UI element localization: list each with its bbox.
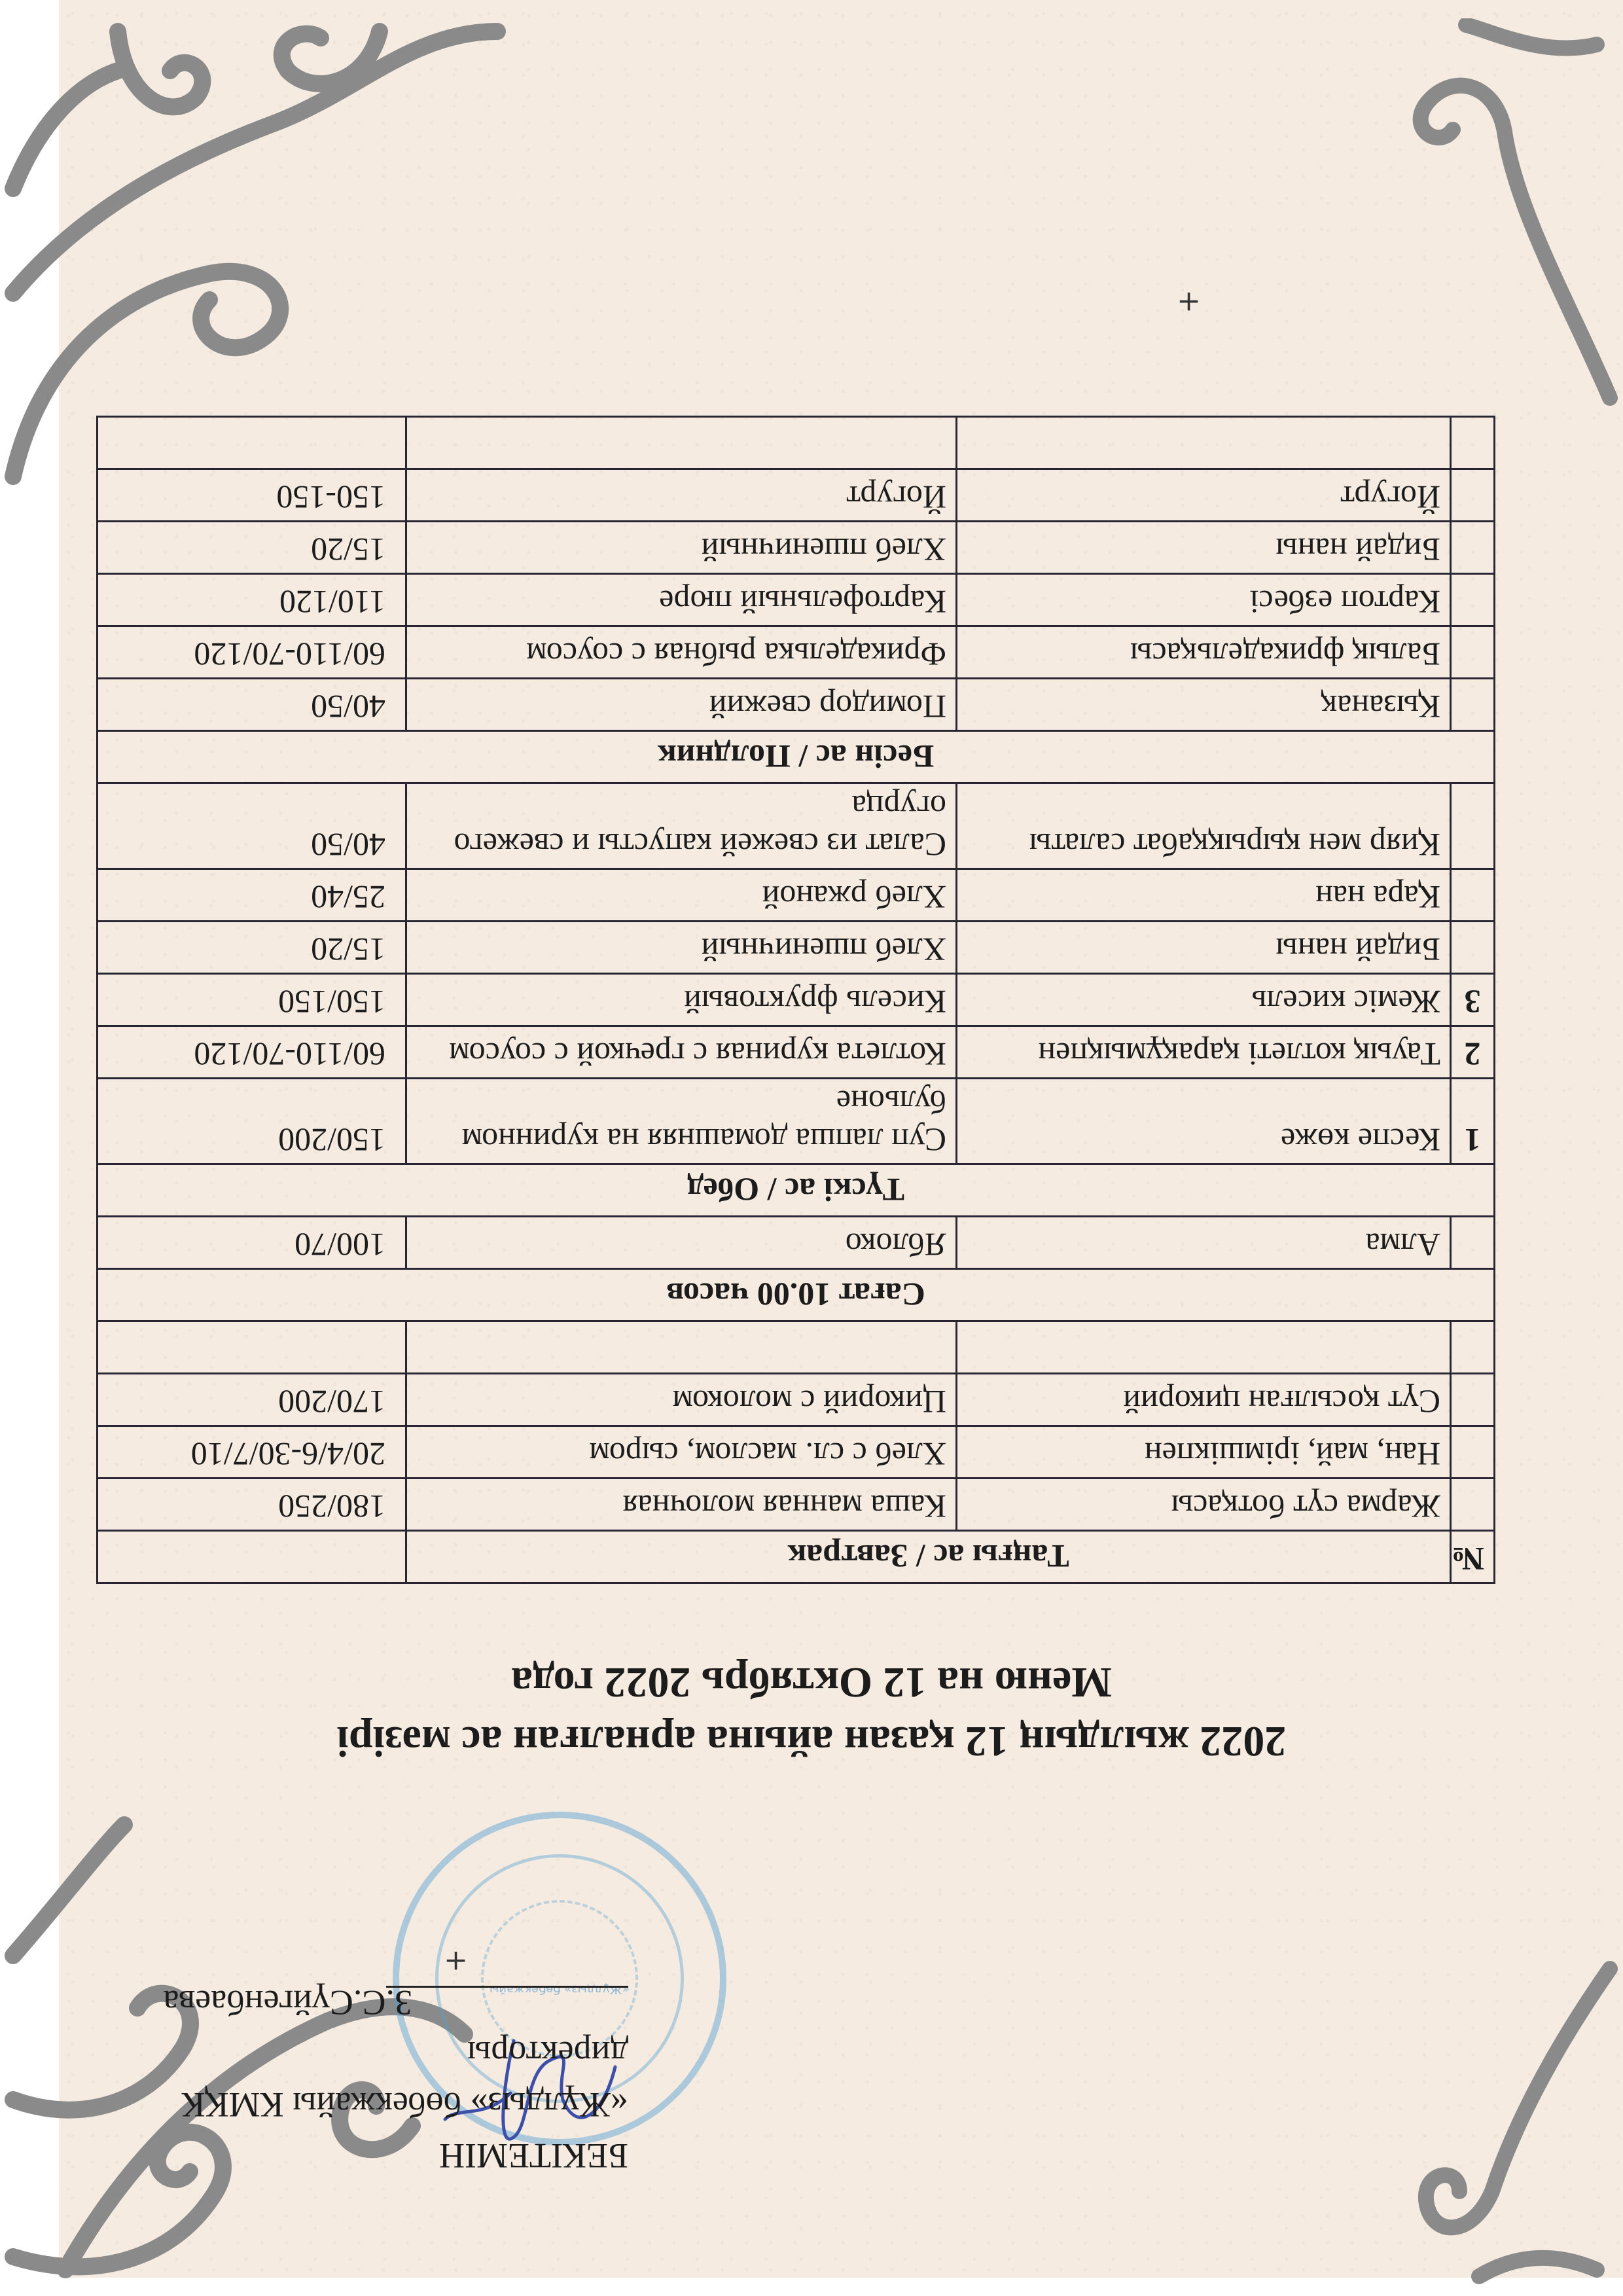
item-number (1451, 1217, 1495, 1269)
number-column-header: № (1451, 1531, 1495, 1583)
item-portion: 180/250 (98, 1479, 406, 1531)
item-number (1451, 574, 1495, 626)
item-name-kz: Кеспе көже (957, 1079, 1451, 1164)
item-name-kz: Картоп езбесі (957, 574, 1451, 626)
item-number (1451, 1321, 1495, 1374)
table-row (98, 417, 1495, 469)
item-name-ru: Хлеб ржаной (406, 869, 957, 922)
item-name-kz: Бидай наны (957, 922, 1451, 974)
item-name-kz: Йогурт (957, 469, 1451, 522)
section-title: Бесін ас / Полдник (98, 731, 1495, 783)
approval-signatory: З.С.Сүйгенбаева (164, 1977, 412, 2028)
table-row: 2Тауық котлеті қарақұмықпенКотлета курин… (98, 1026, 1495, 1079)
item-portion: 40/50 (98, 783, 406, 869)
item-number (1451, 626, 1495, 679)
item-portion: 150-150 (98, 469, 406, 522)
item-number (1451, 469, 1495, 522)
item-number (1451, 522, 1495, 574)
item-name-ru: Хлеб с сл. маслом, сыром (406, 1426, 957, 1479)
document-page: + + «Жұлдыз» бөбекжайы БЕКІТЕМІН «Жұлдыз… (0, 0, 1623, 2296)
section-title: Түскі ас / Обед (98, 1164, 1495, 1217)
signature-line (386, 1986, 628, 1988)
menu-table: №Таңғы ас / ЗавтракЖарма сүт ботқасыКаша… (96, 416, 1495, 1584)
item-name-kz: Жеміс кисель (957, 974, 1451, 1026)
item-name-ru: Суп лапша домашняя на куринном бульоне (406, 1079, 957, 1164)
item-name-kz: Алма (957, 1217, 1451, 1269)
item-name-ru (406, 417, 957, 469)
item-name-kz: Сүт қосылған цикорий (957, 1374, 1451, 1426)
item-name-ru: Хлеб пшеничный (406, 922, 957, 974)
item-portion: 150/150 (98, 974, 406, 1026)
item-name-kz: Жарма сүт ботқасы (957, 1479, 1451, 1531)
item-number: 1 (1451, 1079, 1495, 1164)
item-name-ru: Котлета куриная с гречкой с соусом (406, 1026, 957, 1079)
item-portion: 15/20 (98, 522, 406, 574)
table-row: АлмаЯблоко100/70 (98, 1217, 1495, 1269)
approval-organization: «Жұлдыз» бөбекжайы КМҚК (39, 2079, 628, 2130)
item-portion: 100/70 (98, 1217, 406, 1269)
item-name-ru: Цикорий с молоком (406, 1374, 957, 1426)
section-title: Сағат 10.00 часов (98, 1269, 1495, 1321)
table-row: 3Жеміс кисельКисель фруктовый150/150 (98, 974, 1495, 1026)
table-row: Қара нанХлеб ржаной25/40 (98, 869, 1495, 922)
item-name-ru: Салат из свежей капусты и свежего огурца (406, 783, 957, 869)
item-name-ru: Йогурт (406, 469, 957, 522)
item-name-ru: Помидор свежий (406, 679, 957, 731)
item-portion (98, 417, 406, 469)
item-name-kz: Қара нан (957, 869, 1451, 922)
page-title-ru: Меню на 12 Октябрь 2022 года (0, 1657, 1623, 1707)
item-portion: 20/4/6-30/7/10 (98, 1426, 406, 1479)
item-name-kz: Қияр мен қырыққабат салаты (957, 783, 1451, 869)
item-name-ru (406, 1321, 957, 1374)
item-name-ru: Каша манная молочная (406, 1479, 957, 1531)
item-portion: 110/120 (98, 574, 406, 626)
item-name-ru: Хлеб пшеничный (406, 522, 957, 574)
item-name-kz (957, 417, 1451, 469)
table-row: Бидай наныХлеб пшеничный15/20 (98, 522, 1495, 574)
ornament-bottom-left-icon (1387, 18, 1623, 411)
approval-heading: БЕКІТЕМІН (39, 2130, 628, 2181)
section-title: Таңғы ас / Завтрак (406, 1531, 1451, 1583)
ornament-top-left-icon (1407, 1956, 1623, 2296)
table-row: ЙогуртЙогурт150-150 (98, 469, 1495, 522)
page-title-kz: 2022 жылдың 12 қазан айына арналған ас м… (0, 1716, 1623, 1766)
item-number (1451, 417, 1495, 469)
table-row: Сүт қосылған цикорийЦикорий с молоком170… (98, 1374, 1495, 1426)
item-name-kz: Тауық котлеті қарақұмықпен (957, 1026, 1451, 1079)
table-row: 1Кеспе көжеСуп лапша домашняя на куринно… (98, 1079, 1495, 1164)
table-row: Балық фрикадельқасыФрикаделька рыбная с … (98, 626, 1495, 679)
item-portion: 170/200 (98, 1374, 406, 1426)
item-name-kz: Бидай наны (957, 522, 1451, 574)
item-number (1451, 783, 1495, 869)
table-row: Картоп езбесіКартофельный пюре110/120 (98, 574, 1495, 626)
item-number (1451, 1479, 1495, 1531)
item-portion: 15/20 (98, 922, 406, 974)
item-name-ru: Кисель фруктовый (406, 974, 957, 1026)
table-row (98, 1321, 1495, 1374)
item-name-kz: Қызанақ (957, 679, 1451, 731)
section-header-row: Бесін ас / Полдник (98, 731, 1495, 783)
table-row: Қияр мен қырыққабат салатыСалат из свеже… (98, 783, 1495, 869)
section-header-row: Сағат 10.00 часов (98, 1269, 1495, 1321)
item-number (1451, 1374, 1495, 1426)
item-portion: 40/50 (98, 679, 406, 731)
item-number: 3 (1451, 974, 1495, 1026)
item-portion: 150/200 (98, 1079, 406, 1164)
item-number (1451, 869, 1495, 922)
item-name-ru: Картофельный пюре (406, 574, 957, 626)
item-portion (98, 1321, 406, 1374)
item-name-ru: Яблоко (406, 1217, 957, 1269)
empty-cell (98, 1531, 406, 1583)
item-name-kz: Балық фрикадельқасы (957, 626, 1451, 679)
approval-position: директоры (39, 2028, 628, 2079)
signature-row: З.С.Сүйгенбаева (39, 1977, 628, 2028)
section-header-row: №Таңғы ас / Завтрак (98, 1531, 1495, 1583)
item-portion: 25/40 (98, 869, 406, 922)
item-number (1451, 1426, 1495, 1479)
table-row: Бидай наныХлеб пшеничный15/20 (98, 922, 1495, 974)
item-number (1451, 679, 1495, 731)
table-row: Нан, май, ірімшікпенХлеб с сл. маслом, с… (98, 1426, 1495, 1479)
approval-block: БЕКІТЕМІН «Жұлдыз» бөбекжайы КМҚК директ… (39, 1977, 628, 2181)
table-row: Жарма сүт ботқасыКаша манная молочная180… (98, 1479, 1495, 1531)
item-portion: 60/110-70/120 (98, 626, 406, 679)
item-name-ru: Фрикаделька рыбная с соусом (406, 626, 957, 679)
item-number: 2 (1451, 1026, 1495, 1079)
item-portion: 60/110-70/120 (98, 1026, 406, 1079)
item-name-kz: Нан, май, ірімшікпен (957, 1426, 1451, 1479)
section-header-row: Түскі ас / Обед (98, 1164, 1495, 1217)
item-name-kz (957, 1321, 1451, 1374)
table-row: ҚызанақПомидор свежий40/50 (98, 679, 1495, 731)
item-number (1451, 922, 1495, 974)
crosshair-mark-icon: + (1177, 287, 1201, 316)
